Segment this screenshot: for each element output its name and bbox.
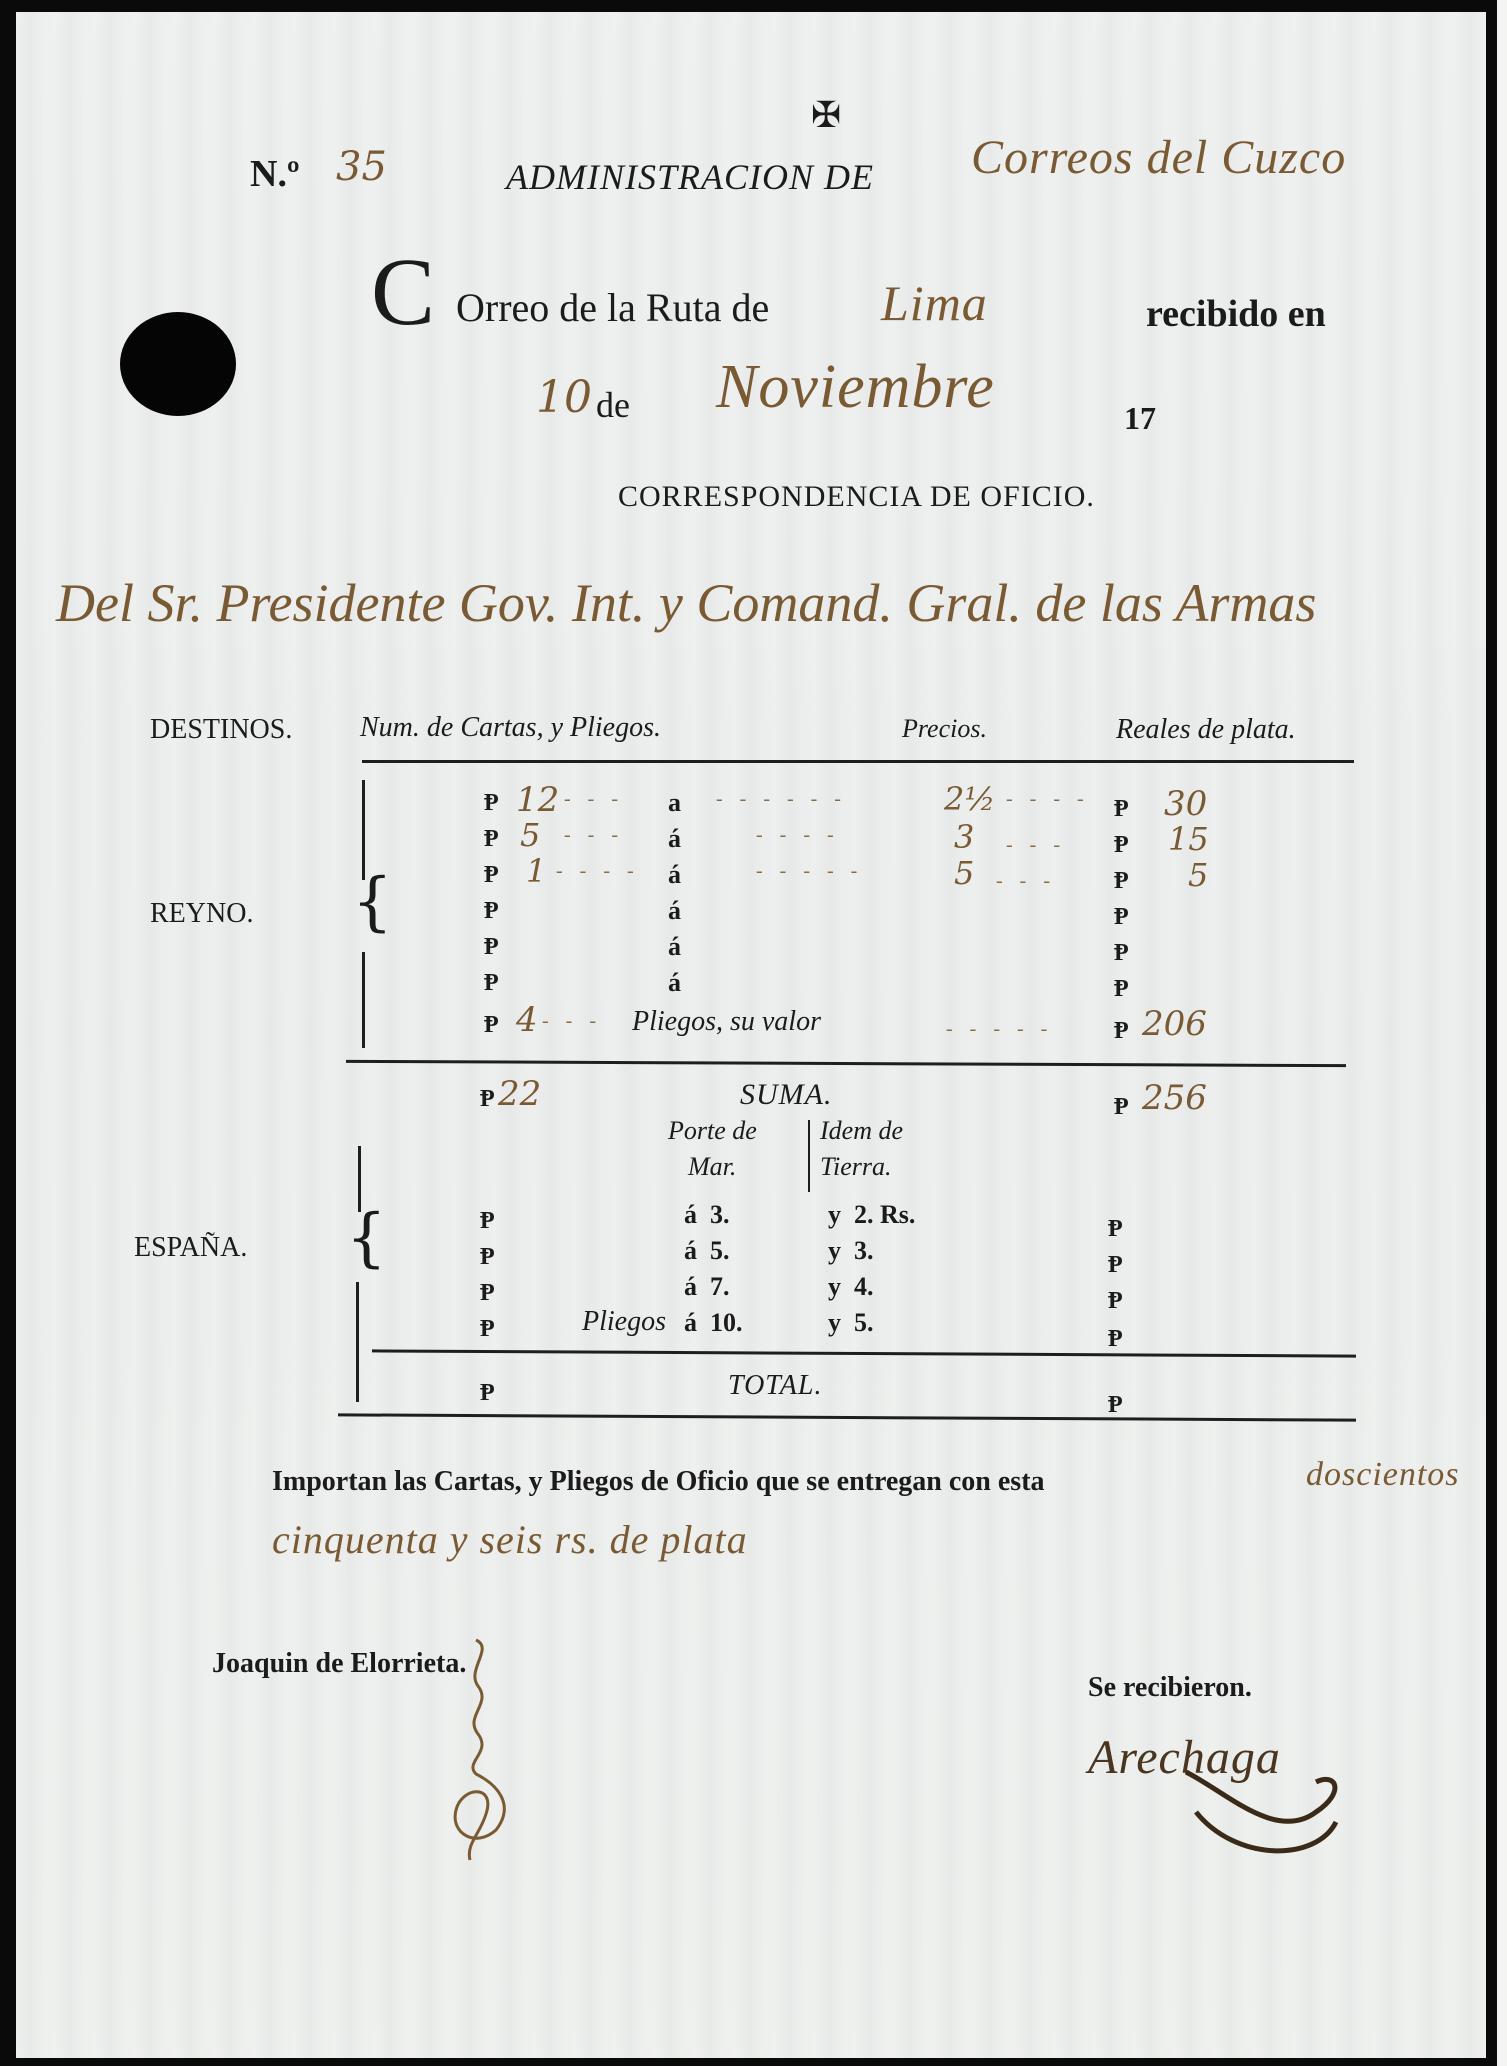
pliegos-label: Pliegos, su valor [632, 1006, 821, 1038]
currency-glyph-icon: Ᵽ [484, 826, 499, 853]
date-day: 10 [536, 372, 592, 423]
currency-glyph-icon: Ᵽ [480, 1316, 495, 1343]
currency-glyph-icon: Ᵽ [1108, 1326, 1123, 1353]
currency-glyph-icon: Ᵽ [1114, 832, 1129, 859]
suma-rule [346, 1060, 1346, 1067]
document-page: ✠ N.º 35 ADMINISTRACION DE Correos del C… [16, 12, 1486, 2058]
sender-line: Del Sr. Presidente Gov. Int. y Comand. G… [56, 572, 1316, 634]
reyno-sep: á [668, 932, 681, 962]
currency-glyph-icon: Ᵽ [1114, 904, 1129, 931]
currency-glyph-icon: Ᵽ [480, 1280, 495, 1307]
sender-paraph-icon [436, 1634, 536, 1864]
currency-glyph-icon: Ᵽ [1114, 976, 1129, 1003]
leader-dots: - - - [564, 788, 624, 811]
leader-dots: - - - - [756, 824, 840, 847]
reyno-sep: á [668, 896, 681, 926]
scan-edge-strip [1497, 0, 1507, 2066]
pliegos-reales: 206 [1142, 1004, 1207, 1044]
sea-header-line2: Mar. [688, 1152, 736, 1182]
header-destinations: DESTINOS. [150, 714, 292, 746]
currency-glyph-icon: Ᵽ [480, 1380, 495, 1407]
leader-dots: - - - - [1006, 788, 1090, 811]
route-label: Orreo de la Ruta de [456, 284, 769, 331]
reyno-label: REYNO. [150, 898, 253, 930]
espana-prefix: Pliegos [582, 1306, 666, 1338]
reyno-reales: 15 [1168, 820, 1209, 858]
administration-label: ADMINISTRACION DE [506, 156, 874, 198]
leader-dots: - - - [1006, 834, 1066, 857]
ink-blot-seal [120, 312, 236, 416]
reyno-reales: 30 [1164, 784, 1207, 824]
land-header-line2: Tierra. [820, 1152, 892, 1182]
currency-glyph-icon: Ᵽ [1114, 868, 1129, 895]
leader-dots: - - - - [556, 860, 640, 883]
header-count: Num. de Cartas, y Pliegos. [360, 712, 661, 744]
currency-glyph-icon: Ᵽ [1108, 1216, 1123, 1243]
route-initial: C [371, 244, 435, 340]
reyno-reales: 5 [1188, 856, 1208, 894]
currency-glyph-icon: Ᵽ [1114, 940, 1129, 967]
leader-dots: - - - [996, 870, 1056, 893]
currency-glyph-icon: Ᵽ [484, 934, 499, 961]
date-month: Noviembre [716, 352, 995, 423]
leader-dots: - - - - - [756, 860, 863, 883]
sea-land-divider [808, 1120, 810, 1192]
route-value: Lima [881, 274, 988, 332]
reyno-brace-icon: { [352, 870, 393, 934]
suma-reales: 256 [1142, 1078, 1207, 1118]
reyno-sep: á [668, 860, 681, 890]
currency-glyph-icon: Ᵽ [484, 790, 499, 817]
received-label: recibido en [1146, 292, 1326, 336]
reyno-price: 3 [954, 818, 974, 856]
currency-glyph-icon: Ᵽ [1108, 1392, 1123, 1419]
total-label: TOTAL. [728, 1370, 822, 1402]
section-title: CORRESPONDENCIA DE OFICIO. [618, 480, 1095, 514]
header-prices: Precios. [902, 714, 987, 744]
currency-glyph-icon: Ᵽ [480, 1244, 495, 1271]
import-text: Importan las Cartas, y Pliegos de Oficio… [272, 1466, 1045, 1498]
reyno-price: 5 [954, 854, 974, 892]
suma-label: SUMA. [740, 1078, 832, 1112]
cross-icon: ✠ [811, 94, 841, 136]
leader-dots: - - - - - [946, 1018, 1053, 1041]
espana-land: y 2. Rs. [828, 1200, 915, 1230]
currency-glyph-icon: Ᵽ [484, 862, 499, 889]
reyno-count: 1 [526, 852, 546, 890]
date-year-prefix: 17 [1124, 400, 1156, 437]
number-value: 35 [336, 144, 387, 190]
pliegos-count: 4 [516, 1000, 538, 1040]
leader-dots: - - - [564, 824, 624, 847]
received-label-footer: Se recibieron. [1088, 1672, 1252, 1704]
reyno-sep: á [668, 968, 681, 998]
date-de: de [596, 384, 630, 426]
espana-sea: á 3. [684, 1200, 730, 1230]
espana-land: y 5. [828, 1308, 874, 1338]
reyno-price: 2½ [944, 780, 995, 818]
reyno-bracket-line-bottom [362, 952, 365, 1048]
currency-glyph-icon: Ᵽ [480, 1086, 495, 1113]
sea-header-line1: Porte de [668, 1116, 757, 1146]
currency-glyph-icon: Ᵽ [1114, 1018, 1129, 1045]
reyno-sep: á [668, 824, 681, 854]
espana-land: y 4. [828, 1272, 874, 1302]
currency-glyph-icon: Ᵽ [1114, 1094, 1129, 1121]
import-value-line2: cinquenta y seis rs. de plata [272, 1516, 748, 1563]
espana-bracket-line-bottom [356, 1282, 359, 1402]
land-header-line1: Idem de [820, 1116, 903, 1146]
espana-sea: á 5. [684, 1236, 730, 1266]
currency-glyph-icon: Ᵽ [1108, 1288, 1123, 1315]
table-bottom-rule [338, 1413, 1356, 1421]
espana-sea: á 7. [684, 1272, 730, 1302]
sender-name: Joaquin de Elorrieta. [212, 1648, 466, 1680]
currency-glyph-icon: Ᵽ [484, 1012, 499, 1039]
currency-glyph-icon: Ᵽ [1108, 1252, 1123, 1279]
espana-brace-icon: { [346, 1206, 387, 1270]
receiver-paraph-icon [1166, 1752, 1356, 1872]
suma-count: 22 [498, 1074, 541, 1114]
espana-land: y 3. [828, 1236, 874, 1266]
leader-dots: - - - [542, 1010, 602, 1033]
reyno-count: 5 [520, 816, 540, 854]
table-top-rule [362, 760, 1354, 763]
currency-glyph-icon: Ᵽ [484, 970, 499, 997]
espana-sea: á 10. [684, 1308, 743, 1338]
administration-value: Correos del Cuzco [971, 130, 1346, 185]
leader-dots: - - - - - - [716, 788, 847, 811]
number-label: N.º [250, 152, 300, 196]
header-reales: Reales de plata. [1116, 714, 1296, 746]
currency-glyph-icon: Ᵽ [484, 898, 499, 925]
total-rule [372, 1349, 1356, 1357]
import-value-line1: doscientos [1306, 1456, 1460, 1494]
espana-label: ESPAÑA. [134, 1232, 247, 1264]
currency-glyph-icon: Ᵽ [1114, 796, 1129, 823]
reyno-count: 12 [516, 780, 559, 820]
currency-glyph-icon: Ᵽ [480, 1208, 495, 1235]
reyno-sep: a [668, 788, 681, 818]
